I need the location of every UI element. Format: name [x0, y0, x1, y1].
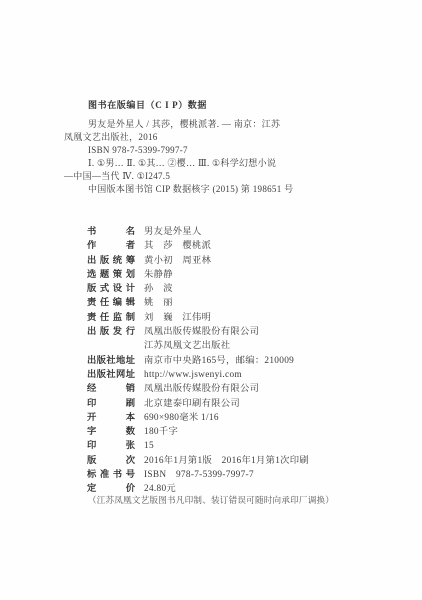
cip-header: 图书在版编目（C I P）数据	[64, 99, 374, 112]
row-label: 经销	[87, 382, 135, 396]
row-value: 朱静静	[144, 268, 173, 282]
row-value: 孙 波	[144, 282, 173, 296]
cip-line-registry-number: 中国版本图书馆 CIP 数据核字 (2015) 第 198651 号	[64, 183, 374, 196]
row-book-title: 书名 男友是外星人	[87, 225, 387, 239]
row-label: 书名	[87, 225, 135, 239]
row-responsible-editor: 责任编辑 姚 丽	[87, 296, 387, 310]
row-label: 印刷	[87, 397, 135, 411]
row-value: 凤凰出版传媒股份有限公司 江苏凤凰文艺出版社	[144, 325, 259, 354]
row-publisher-address: 出版社地址 南京市中央路165号，邮编：210009	[87, 354, 387, 368]
row-publishing-coordinator: 出版统筹 黄小初 周亚林	[87, 254, 387, 268]
cip-line-title-author: 男友是外星人 / 其莎，樱桃派著. — 南京：江苏	[64, 118, 374, 131]
book-copyright-page: 图书在版编目（C I P）数据 男友是外星人 / 其莎，樱桃派著. — 南京：江…	[0, 0, 422, 600]
row-value: 北京建泰印刷有限公司	[144, 397, 240, 411]
row-value: 180千字	[144, 425, 178, 439]
row-topic-planner: 选题策划 朱静静	[87, 268, 387, 282]
row-standard-book-number: 标准书号 ISBN 978-7-5399-7997-7	[87, 468, 387, 482]
row-value: http://www.jswenyi.com	[144, 368, 242, 382]
row-distributor: 经销 凤凰出版传媒股份有限公司	[87, 382, 387, 396]
row-printer: 印刷 北京建泰印刷有限公司	[87, 397, 387, 411]
row-author: 作者 其 莎 樱桃派	[87, 239, 387, 253]
cip-line-classification: Ⅰ. ①男… Ⅱ. ①其… ②樱… Ⅲ. ①科学幻想小说	[64, 157, 374, 170]
cip-line-isbn: ISBN 978-7-5399-7997-7	[64, 144, 374, 157]
row-label: 作者	[87, 239, 135, 253]
row-value: 凤凰出版传媒股份有限公司	[144, 382, 259, 396]
row-label: 选题策划	[87, 268, 135, 282]
row-label: 版式设计	[87, 282, 135, 296]
row-layout-designer: 版式设计 孙 波	[87, 282, 387, 296]
row-value: 南京市中央路165号，邮编：210009	[144, 354, 294, 368]
cip-data-block: 图书在版编目（C I P）数据 男友是外星人 / 其莎，樱桃派著. — 南京：江…	[64, 99, 374, 196]
row-label: 标准书号	[87, 468, 135, 482]
cip-line-publisher: 凤凰文艺出版社，2016	[64, 131, 374, 144]
row-word-count: 字数 180千字	[87, 425, 387, 439]
row-label: 版次	[87, 454, 135, 468]
row-value: ISBN 978-7-5399-7997-7	[144, 468, 254, 482]
row-value: 其 莎 樱桃派	[144, 239, 211, 253]
colophon-table: 书名 男友是外星人 作者 其 莎 樱桃派 出版统筹 黄小初 周亚林 选题策划 朱…	[87, 225, 387, 497]
row-label: 出版统筹	[87, 254, 135, 268]
row-label: 出版发行	[87, 325, 135, 354]
row-label: 印张	[87, 439, 135, 453]
row-format: 开本 690×980毫米 1/16	[87, 411, 387, 425]
row-value: 男友是外星人	[144, 225, 202, 239]
row-label: 开本	[87, 411, 135, 425]
row-publisher: 出版发行 凤凰出版传媒股份有限公司 江苏凤凰文艺出版社	[87, 325, 387, 354]
row-value: 刘 巍 江伟明	[144, 311, 211, 325]
row-sheets: 印张 15	[87, 439, 387, 453]
row-label: 字数	[87, 425, 135, 439]
misprint-exchange-note: （江苏凤凰文艺版图书凡印制、装订错误可随时向承印厂调换）	[0, 494, 422, 506]
row-value: 姚 丽	[144, 296, 173, 310]
row-production-supervisor: 责任监制 刘 巍 江伟明	[87, 311, 387, 325]
row-publisher-website: 出版社网址 http://www.jswenyi.com	[87, 368, 387, 382]
cip-line-classification-cont: —中国—当代 Ⅳ. ①I247.5	[64, 170, 374, 183]
row-value: 黄小初 周亚林	[144, 254, 211, 268]
row-label: 责任编辑	[87, 296, 135, 310]
row-edition: 版次 2016年1月第1版 2016年1月第1次印刷	[87, 454, 387, 468]
row-value: 15	[144, 439, 154, 453]
row-label: 出版社网址	[87, 368, 135, 382]
row-value: 690×980毫米 1/16	[144, 411, 219, 425]
row-label: 出版社地址	[87, 354, 135, 368]
row-value: 2016年1月第1版 2016年1月第1次印刷	[144, 454, 309, 468]
row-label: 责任监制	[87, 311, 135, 325]
